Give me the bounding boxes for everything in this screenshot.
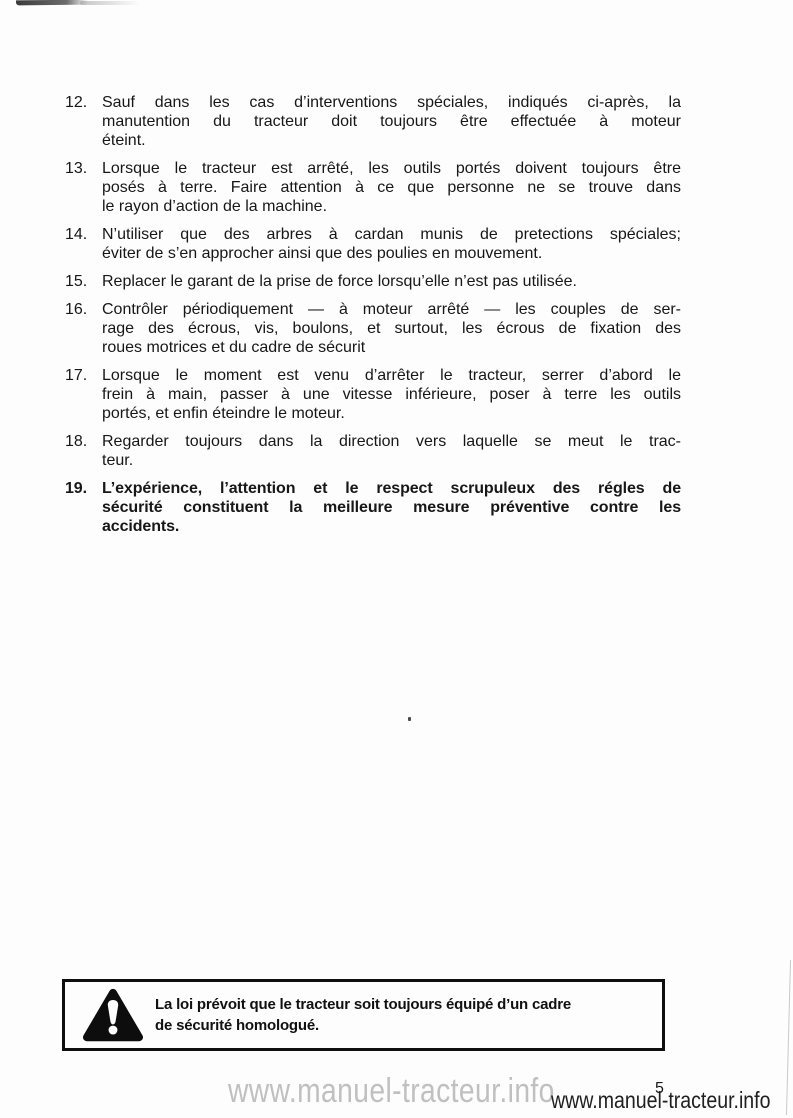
text-line: accidents.: [102, 517, 681, 536]
item-text: Sauf dans les cas d’interventions spécia…: [102, 93, 681, 150]
text-line: L’expérience, l’attention et le respect …: [102, 479, 681, 498]
warning-text: La loi prévoit que le tracteur soit touj…: [155, 994, 571, 1036]
list-item-19: 19. L’expérience, l’attention et le resp…: [65, 479, 681, 536]
text-line: N’utiliser que des arbres à cardan munis…: [102, 225, 681, 244]
list-item-16: 16. Contrôler périodiquement — à moteur …: [65, 300, 681, 357]
item-text: Lorsque le moment est venu d’arrêter le …: [102, 366, 681, 423]
text-line: frein à main, passer à une vitesse infér…: [102, 385, 681, 404]
scan-smudge-artifact-light: [80, 1, 140, 5]
list-item-13: 13. Lorsque le tracteur est arrêté, les …: [65, 159, 681, 216]
watermark-large: www.manuel-tracteur.info: [228, 1074, 555, 1108]
warning-line: La loi prévoit que le tracteur soit touj…: [155, 994, 571, 1015]
item-number: 12.: [65, 93, 102, 150]
warning-box: La loi prévoit que le tracteur soit touj…: [62, 979, 665, 1051]
item-number: 15.: [65, 272, 102, 291]
item-text: L’expérience, l’attention et le respect …: [102, 479, 681, 536]
item-text: Regarder toujours dans la direction vers…: [102, 432, 681, 470]
manual-page: 12. Sauf dans les cas d’interventions sp…: [0, 0, 793, 1118]
item-number: 17.: [65, 366, 102, 423]
list-item-18: 18. Regarder toujours dans la direction …: [65, 432, 681, 470]
list-item-14: 14. N’utiliser que des arbres à cardan m…: [65, 225, 681, 263]
text-line: Lorsque le tracteur est arrêté, les outi…: [102, 159, 681, 178]
item-text: N’utiliser que des arbres à cardan munis…: [102, 225, 681, 263]
text-line: Lorsque le moment est venu d’arrêter le …: [102, 366, 681, 385]
text-line: manutention du tracteur doit toujours êt…: [102, 112, 681, 131]
warning-triangle-icon: [82, 987, 144, 1045]
warning-line: de sécurité homologué.: [155, 1015, 571, 1036]
text-line: portés, et enfin éteindre le moteur.: [102, 404, 681, 423]
text-line: posés à terre. Faire attention à ce que …: [102, 178, 681, 197]
scan-speck-artifact: [408, 717, 411, 721]
scan-smudge-artifact: [16, 0, 88, 5]
text-line: teur.: [102, 451, 681, 470]
safety-instructions-list: 12. Sauf dans les cas d’interventions sp…: [65, 93, 681, 545]
item-number: 19.: [65, 479, 102, 536]
text-line: Sauf dans les cas d’interventions spécia…: [102, 93, 681, 112]
scan-edge-artifact: [786, 960, 791, 1115]
text-line: éteint.: [102, 131, 681, 150]
list-item-17: 17. Lorsque le moment est venu d’arrêter…: [65, 366, 681, 423]
text-line: Replacer le garant de la prise de force …: [102, 272, 681, 291]
text-line: Regarder toujours dans la direction vers…: [102, 432, 681, 451]
list-item-12: 12. Sauf dans les cas d’interventions sp…: [65, 93, 681, 150]
text-line: sécurité constituent la meilleure mesure…: [102, 498, 681, 517]
item-number: 14.: [65, 225, 102, 263]
item-number: 18.: [65, 432, 102, 470]
text-line: éviter de s’en approcher ainsi que des p…: [102, 244, 681, 263]
list-item-15: 15. Replacer le garant de la prise de fo…: [65, 272, 681, 291]
text-line: rage des écrous, vis, boulons, et surtou…: [102, 319, 681, 338]
item-number: 13.: [65, 159, 102, 216]
item-text: Contrôler périodiquement — à moteur arrê…: [102, 300, 681, 357]
item-text: Lorsque le tracteur est arrêté, les outi…: [102, 159, 681, 216]
item-number: 16.: [65, 300, 102, 357]
text-line: le rayon d’action de la machine.: [102, 197, 681, 216]
item-text: Replacer le garant de la prise de force …: [102, 272, 681, 291]
text-line: roues motrices et du cadre de sécurit: [102, 338, 681, 357]
text-line: Contrôler périodiquement — à moteur arrê…: [102, 300, 681, 319]
page-number: 5: [655, 1080, 664, 1098]
